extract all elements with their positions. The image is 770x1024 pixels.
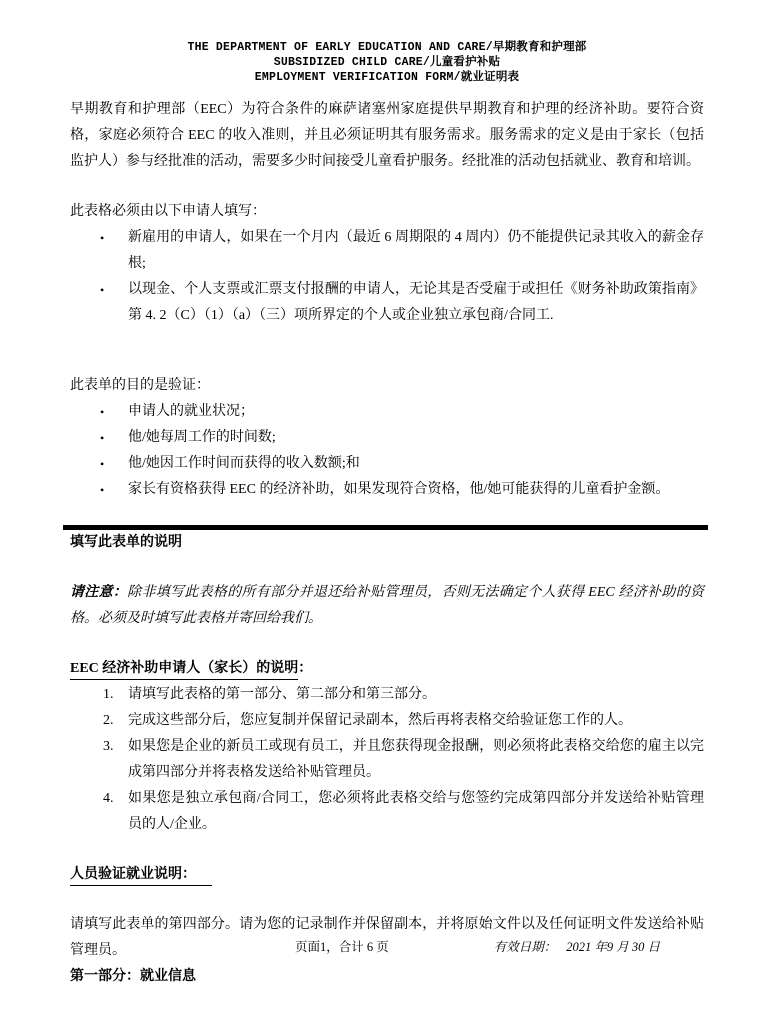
- header-line-department: THE DEPARTMENT OF EARLY EDUCATION AND CA…: [70, 40, 704, 55]
- list-item: 2. 完成这些部分后，您应复制并保留记录副本，然后再将表格交给验证您工作的人。: [70, 708, 704, 734]
- bullet-marker: •: [70, 399, 128, 425]
- header-line-subsidized: SUBSIDIZED CHILD CARE/儿童看护补贴: [70, 55, 704, 70]
- note-text: 除非填写此表格的所有部分并退还给补贴管理员，否则无法确定个人获得 EEC 经济补…: [70, 585, 704, 626]
- list-number: 1.: [70, 682, 128, 708]
- bullet-marker: •: [70, 477, 128, 503]
- bullet-marker: •: [70, 451, 128, 477]
- heading-colon: ：: [298, 661, 312, 676]
- header-line-form-title: EMPLOYMENT VERIFICATION FORM/就业证明表: [70, 70, 704, 85]
- list-item-text: 以现金、个人支票或汇票支付报酬的申请人，无论其是否受雇于或担任《财务补助政策指南…: [128, 277, 704, 329]
- list-number: 4.: [70, 786, 128, 812]
- who-must-complete-list: • 新雇用的申请人，如果在一个月内（最近 6 周期限的 4 周内）仍不能提供记录…: [70, 225, 704, 329]
- page-number: 页面1，合计 6 页: [295, 938, 389, 956]
- bullet-marker: •: [70, 425, 128, 451]
- intro-paragraph: 早期教育和护理部（EEC）为符合条件的麻萨诸塞州家庭提供早期教育和护理的经济补助…: [70, 97, 704, 175]
- list-item-text: 申请人的就业状况；: [128, 399, 704, 425]
- bullet-marker: •: [70, 225, 128, 251]
- bullet-marker: •: [70, 277, 128, 303]
- list-item: • 以现金、个人支票或汇票支付报酬的申请人，无论其是否受雇于或担任《财务补助政策…: [70, 277, 704, 329]
- note-label: 请注意：: [70, 585, 127, 600]
- applicant-instructions-heading-text: EEC 经济补助申请人（家长）的说明: [70, 659, 298, 680]
- list-item-text: 新雇用的申请人，如果在一个月内（最近 6 周期限的 4 周内）仍不能提供记录其收…: [128, 225, 704, 277]
- page-footer: 页面1，合计 6 页 有效日期：2021 年9 月 30 日: [70, 938, 704, 956]
- list-item-text: 如果您是独立承包商/合同工，您必须将此表格交给与您签约完成第四部分并发送给补贴管…: [128, 786, 704, 838]
- list-item-text: 请填写此表格的第一部分、第二部分和第三部分。: [128, 682, 704, 708]
- list-item-text: 完成这些部分后，您应复制并保留记录副本，然后再将表格交给验证您工作的人。: [128, 708, 704, 734]
- list-item-text: 他/她因工作时间而获得的收入数额;和: [128, 451, 704, 477]
- list-number: 3.: [70, 734, 128, 760]
- verifier-instructions-heading: 人员验证就业说明：: [70, 862, 704, 888]
- applicant-instructions-heading: EEC 经济补助申请人（家长）的说明：: [70, 656, 704, 682]
- list-item: 4. 如果您是独立承包商/合同工，您必须将此表格交给与您签约完成第四部分并发送给…: [70, 786, 704, 838]
- list-number: 2.: [70, 708, 128, 734]
- list-item: 1. 请填写此表格的第一部分、第二部分和第三部分。: [70, 682, 704, 708]
- note-paragraph: 请注意：除非填写此表格的所有部分并退还给补贴管理员，否则无法确定个人获得 EEC…: [70, 580, 704, 632]
- effective-date: 有效日期：2021 年9 月 30 日: [494, 938, 660, 956]
- document-content: THE DEPARTMENT OF EARLY EDUCATION AND CA…: [0, 0, 770, 990]
- purpose-lead: 此表单的目的是验证：: [70, 373, 704, 399]
- list-item: 3. 如果您是企业的新员工或现有员工，并且您获得现金报酬，则必须将此表格交给您的…: [70, 734, 704, 786]
- who-must-complete-lead: 此表格必须由以下申请人填写：: [70, 199, 704, 225]
- applicant-instructions-list: 1. 请填写此表格的第一部分、第二部分和第三部分。 2. 完成这些部分后，您应复…: [70, 682, 704, 838]
- section-one-heading: 第一部分：就业信息: [70, 964, 704, 990]
- list-item-text: 家长有资格获得 EEC 的经济补助，如果发现符合资格，他/她可能获得的儿童看护金…: [128, 477, 704, 503]
- list-item: • 家长有资格获得 EEC 的经济补助，如果发现符合资格，他/她可能获得的儿童看…: [70, 477, 704, 503]
- list-item-text: 他/她每周工作的时间数;: [128, 425, 704, 451]
- effective-date-value: 2021 年9 月 30 日: [566, 940, 660, 954]
- list-item: • 新雇用的申请人，如果在一个月内（最近 6 周期限的 4 周内）仍不能提供记录…: [70, 225, 704, 277]
- document-page: THE DEPARTMENT OF EARLY EDUCATION AND CA…: [0, 0, 770, 1024]
- verifier-instructions-heading-text: 人员验证就业说明：: [70, 865, 212, 886]
- instructions-heading: 填写此表单的说明: [70, 530, 704, 556]
- list-item: • 他/她因工作时间而获得的收入数额;和: [70, 451, 704, 477]
- list-item: • 申请人的就业状况；: [70, 399, 704, 425]
- effective-date-label: 有效日期：: [494, 940, 557, 954]
- document-header: THE DEPARTMENT OF EARLY EDUCATION AND CA…: [70, 40, 704, 85]
- purpose-list: • 申请人的就业状况； • 他/她每周工作的时间数; • 他/她因工作时间而获得…: [70, 399, 704, 503]
- list-item-text: 如果您是企业的新员工或现有员工，并且您获得现金报酬，则必须将此表格交给您的雇主以…: [128, 734, 704, 786]
- list-item: • 他/她每周工作的时间数;: [70, 425, 704, 451]
